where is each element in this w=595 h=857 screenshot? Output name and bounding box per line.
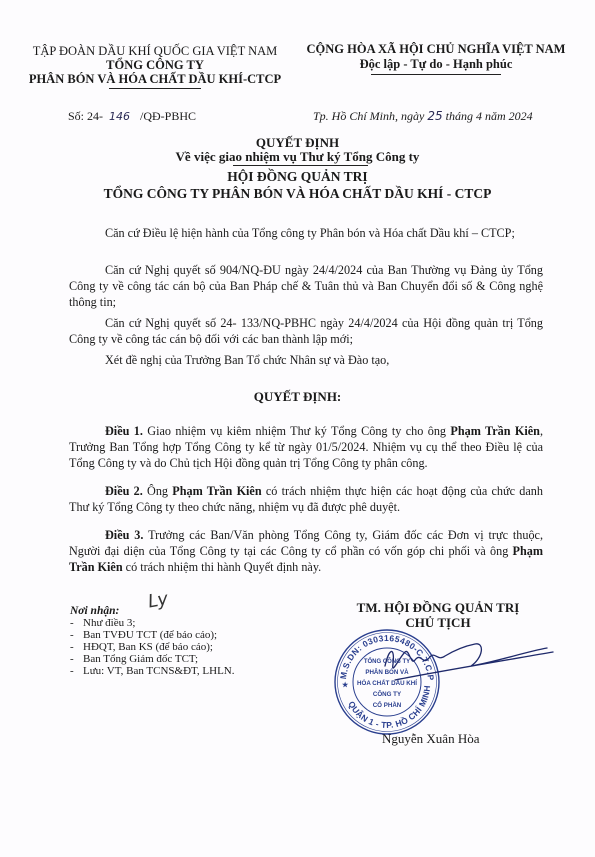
header-right-divider [371,74,501,75]
article-label: Điều 3. [105,528,143,542]
person-name: Phạm Trần Kiên [172,484,261,498]
subject-text-underlined: o nhiệm vụ Thư ký Tổn [235,149,366,164]
signer-name: Nguyễn Xuân Hòa [382,731,479,747]
issuer-title: HỘI ĐỒNG QUẢN TRỊ [0,169,595,185]
header-left-divider [109,88,201,89]
recipients-list: Như điều 3; Ban TVĐU TCT (để báo cáo); H… [70,617,235,677]
article-label: Điều 1. [105,424,143,438]
parent-organization: TẬP ĐOÀN DẦU KHÍ QUỐC GIA VIỆT NAM [20,44,290,58]
preamble-4: Xét đề nghị của Trưởng Ban Tổ chức Nhân … [69,352,543,368]
preamble-2: Căn cứ Nghị quyết số 904/NQ-ĐU ngày 24/4… [69,262,543,310]
document-number-handwritten: 146 [109,110,130,123]
signature-heading: TM. HỘI ĐỒNG QUẢN TRỊ CHỦ TỊCH [318,600,558,630]
document-number: Số: 24-146/QĐ-PBHC [68,109,196,124]
article-1: Điều 1. Giao nhiệm vụ kiêm nhiệm Thư ký … [69,423,543,471]
subject-text-1: Về việc gia [176,149,236,164]
preamble-text: Căn cứ Nghị quyết số 904/NQ-ĐU ngày 24/4… [69,263,543,309]
company-name-line2: PHÂN BÓN VÀ HÓA CHẤT DẦU KHÍ-CTCP [20,72,290,86]
national-motto: Độc lập - Tự do - Hạnh phúc [300,57,572,72]
recipients-label: Nơi nhận: [70,605,235,617]
preamble-text: Xét đề nghị của Trưởng Ban Tổ chức Nhân … [105,353,389,367]
subject-text-2: g Công ty [366,149,419,164]
recipients-block: Nơi nhận: Như điều 3; Ban TVĐU TCT (để b… [70,605,235,677]
document-subject: Về việc giao nhiệm vụ Thư ký Tổng Công t… [0,149,595,165]
handwritten-signature [375,636,555,696]
article-text: Giao nhiệm vụ kiêm nhiệm Thư ký Tổng Côn… [143,424,450,438]
issuing-organization: TẬP ĐOÀN DẦU KHÍ QUỐC GIA VIỆT NAM TỔNG … [20,44,290,89]
person-name: Phạm Trần Kiên [450,424,540,438]
recipient-item: Ban TVĐU TCT (để báo cáo); [70,629,235,641]
nation-name: CỘNG HÒA XÃ HỘI CHỦ NGHĨA VIỆT NAM [300,42,572,57]
recipient-item: Như điều 3; [70,617,235,629]
issue-date: Tp. Hồ Chí Minh, ngày 25 tháng 4 năm 202… [313,109,533,124]
svg-text:CỔ PHẦN: CỔ PHẦN [373,702,402,709]
recipient-item: HĐQT, Ban KS (để báo cáo); [70,641,235,653]
national-header: CỘNG HÒA XÃ HỘI CHỦ NGHĨA VIỆT NAM Độc l… [300,42,572,75]
date-suffix: tháng 4 năm 2024 [446,109,533,123]
decision-heading: QUYẾT ĐỊNH: [0,389,595,405]
document-number-suffix: /QĐ-PBHC [140,109,196,123]
article-text: Ông [143,484,173,498]
svg-text:★: ★ [342,681,349,689]
issuer-company: TỔNG CÔNG TY PHÂN BÓN VÀ HÓA CHẤT DẦU KH… [0,186,595,202]
recipient-item: Ban Tổng Giám đốc TCT; [70,653,235,665]
document-number-prefix: Số: 24- [68,109,103,123]
on-behalf-of: TM. HỘI ĐỒNG QUẢN TRỊ [318,600,558,615]
company-name-line1: TỔNG CÔNG TY [20,58,290,72]
preamble-3: Căn cứ Nghị quyết số 24- 133/NQ-PBHC ngà… [69,315,543,347]
date-prefix: Tp. Hồ Chí Minh, ngày [313,109,424,123]
article-label: Điều 2. [105,484,143,498]
article-3: Điều 3. Trưởng các Ban/Văn phòng Tổng Cô… [69,527,543,575]
preamble-text: Căn cứ Nghị quyết số 24- 133/NQ-PBHC ngà… [69,316,543,346]
date-day-handwritten: 25 [427,109,442,123]
preamble-1: Căn cứ Điều lệ hiện hành của Tổng công t… [69,225,543,241]
preamble-text: Căn cứ Điều lệ hiện hành của Tổng công t… [105,226,515,240]
article-2: Điều 2. Ông Phạm Trần Kiên có trách nhiệ… [69,483,543,515]
recipient-item: Lưu: VT, Ban TCNS&ĐT, LHLN. [70,665,235,677]
article-text: có trách nhiệm thi hành Quyết định này. [123,560,322,574]
